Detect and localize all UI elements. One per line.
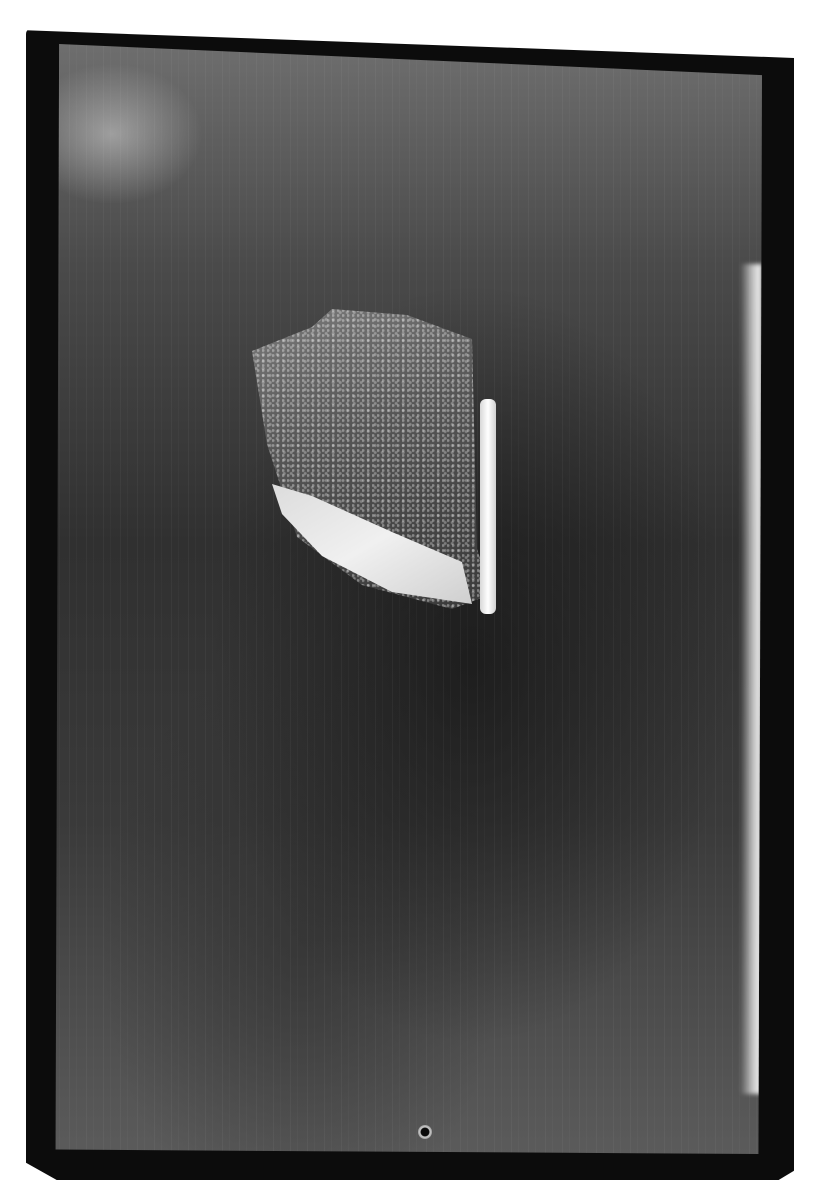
- scratch-texture: [52, 44, 762, 1154]
- photo-emulsion: [52, 44, 762, 1154]
- edge-glare: [740, 264, 762, 1094]
- pin-hole: [418, 1125, 432, 1139]
- light-strip: [480, 399, 496, 614]
